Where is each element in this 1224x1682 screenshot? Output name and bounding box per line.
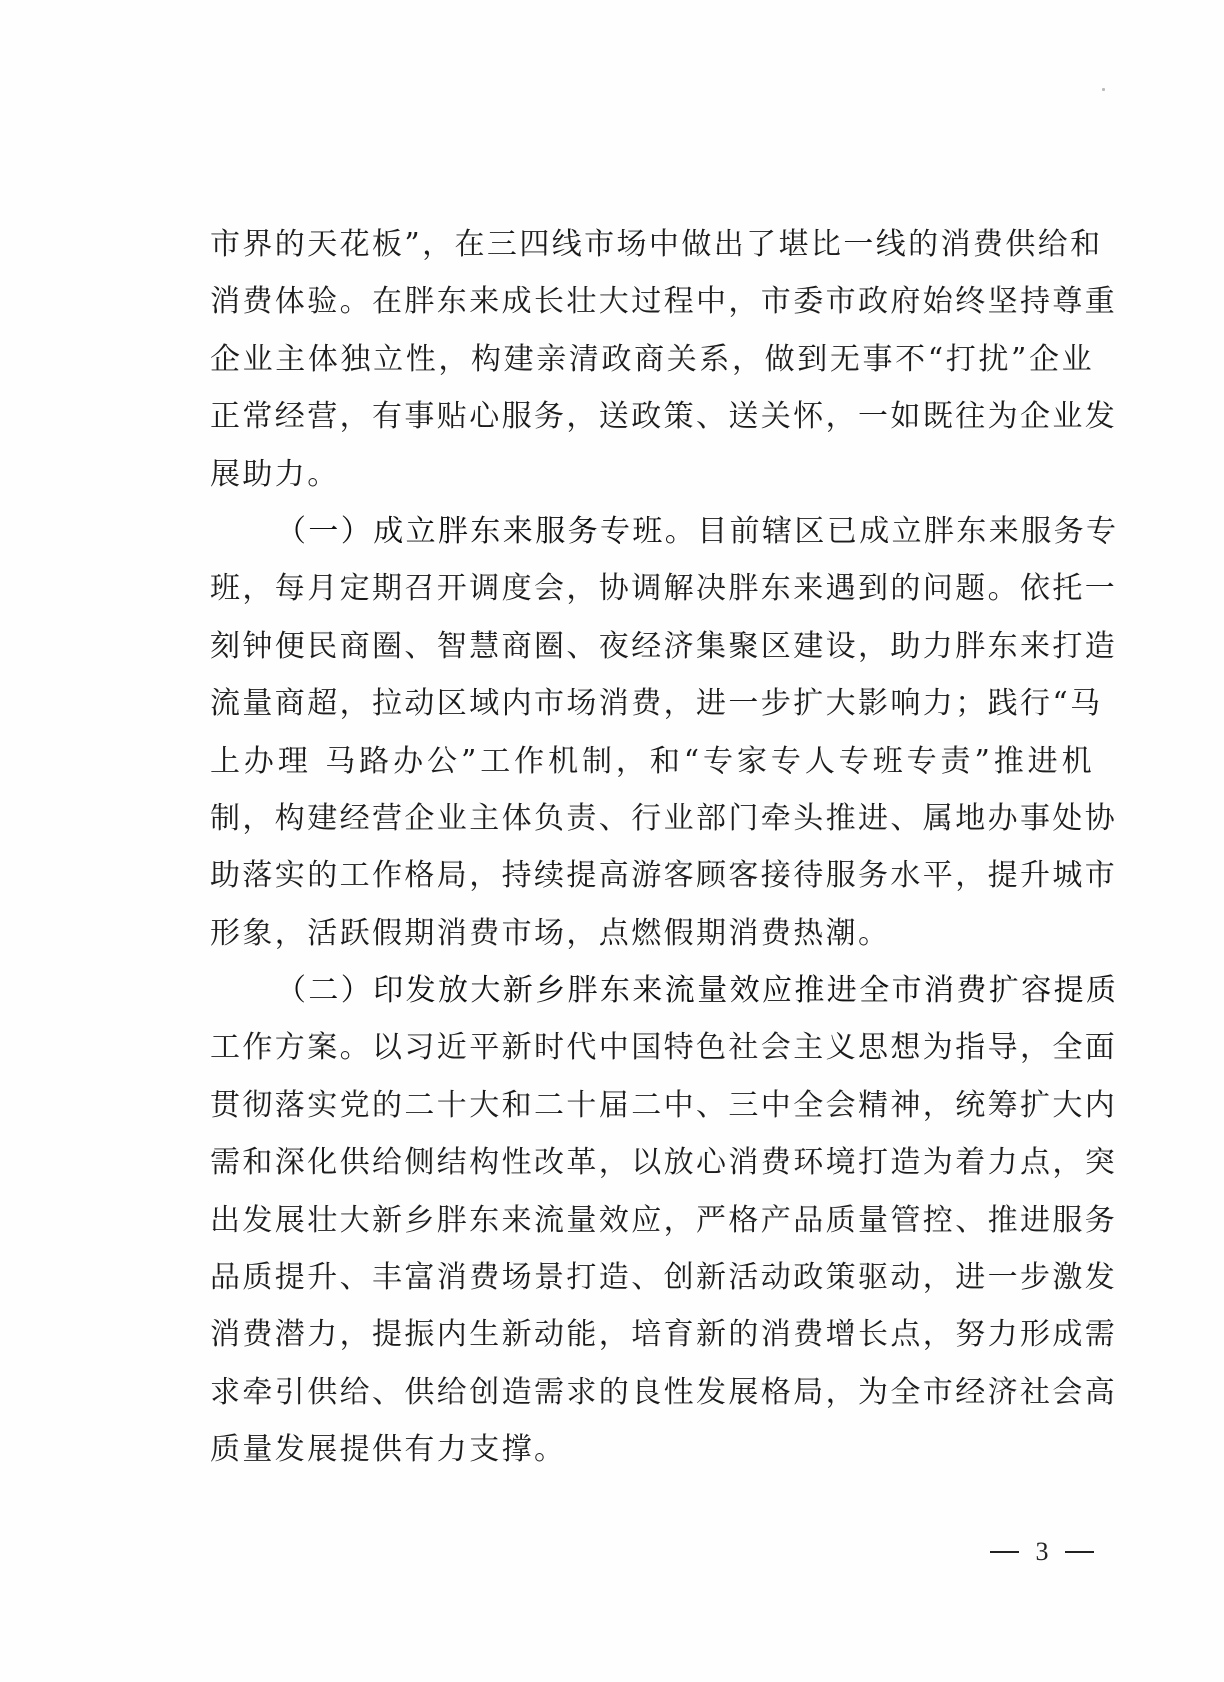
text-line: 班，每月定期召开调度会，协调解决胖东来遇到的问题。依托一: [210, 566, 1094, 623]
page-number-value: 3: [1036, 1537, 1049, 1567]
text-line: 质量发展提供有力支撑。: [210, 1427, 1094, 1484]
text-line: 形象，活跃假期消费市场，点燃假期消费热潮。: [210, 911, 1094, 968]
section-two-first-line: （二）印发放大新乡胖东来流量效应推进全市消费扩容提质: [210, 968, 1094, 1025]
text-line: 求牵引供给、供给创造需求的良性发展格局，为全市经济社会高: [210, 1370, 1094, 1427]
text-line: 上办理 马路办公”工作机制，和“专家专人专班专责”推进机: [210, 739, 1094, 796]
section-one-first-line: （一）成立胖东来服务专班。目前辖区已成立胖东来服务专: [210, 509, 1094, 566]
text-line: 出发展壮大新乡胖东来流量效应，严格产品质量管控、推进服务: [210, 1198, 1094, 1255]
page-number-right-dash: [1065, 1551, 1094, 1553]
section-one-text: 目前辖区已成立胖东来服务专: [697, 514, 1118, 549]
page-number-left-dash: [990, 1551, 1019, 1553]
text-line: 品质提升、丰富消费场景打造、创新活动政策驱动，进一步激发: [210, 1255, 1094, 1312]
text-line: 贯彻落实党的二十大和二十届二中、三中全会精神，统筹扩大内: [210, 1083, 1094, 1140]
page-number: 3: [990, 1534, 1094, 1570]
text-line: 刻钟便民商圈、智慧商圈、夜经济集聚区建设，助力胖东来打造: [210, 624, 1094, 681]
text-line: 制，构建经营企业主体负责、行业部门牵头推进、属地办事处协: [210, 796, 1094, 853]
text-line: 展助力。: [210, 452, 1094, 509]
text-line: 需和深化供给侧结构性改革，以放心消费环境打造为着力点，突: [210, 1140, 1094, 1197]
scan-speck: [1102, 88, 1105, 91]
document-body: 市界的天花板”，在三四线市场中做出了堪比一线的消费供给和 消费体验。在胖东来成长…: [210, 222, 1094, 1485]
text-line: 助落实的工作格局，持续提高游客顾客接待服务水平，提升城市: [210, 853, 1094, 910]
section-heading-two: （二）印发放大新乡胖东来流量效应推进全市消费扩容提质: [276, 973, 1118, 1008]
text-line: 市界的天花板”，在三四线市场中做出了堪比一线的消费供给和: [210, 222, 1094, 279]
text-line: 消费潜力，提振内生新动能，培育新的消费增长点，努力形成需: [210, 1312, 1094, 1369]
text-line: 流量商超，拉动区域内市场消费，进一步扩大影响力；践行“马: [210, 681, 1094, 738]
text-line: 工作方案。以习近平新时代中国特色社会主义思想为指导，全面: [210, 1025, 1094, 1082]
section-heading-one: （一）成立胖东来服务专班。: [276, 514, 697, 549]
text-line: 企业主体独立性，构建亲清政商关系，做到无事不“打扰”企业: [210, 337, 1094, 394]
text-line: 消费体验。在胖东来成长壮大过程中，市委市政府始终坚持尊重: [210, 279, 1094, 336]
document-page: 市界的天花板”，在三四线市场中做出了堪比一线的消费供给和 消费体验。在胖东来成长…: [0, 0, 1224, 1682]
text-line: 正常经营，有事贴心服务，送政策、送关怀，一如既往为企业发: [210, 394, 1094, 451]
